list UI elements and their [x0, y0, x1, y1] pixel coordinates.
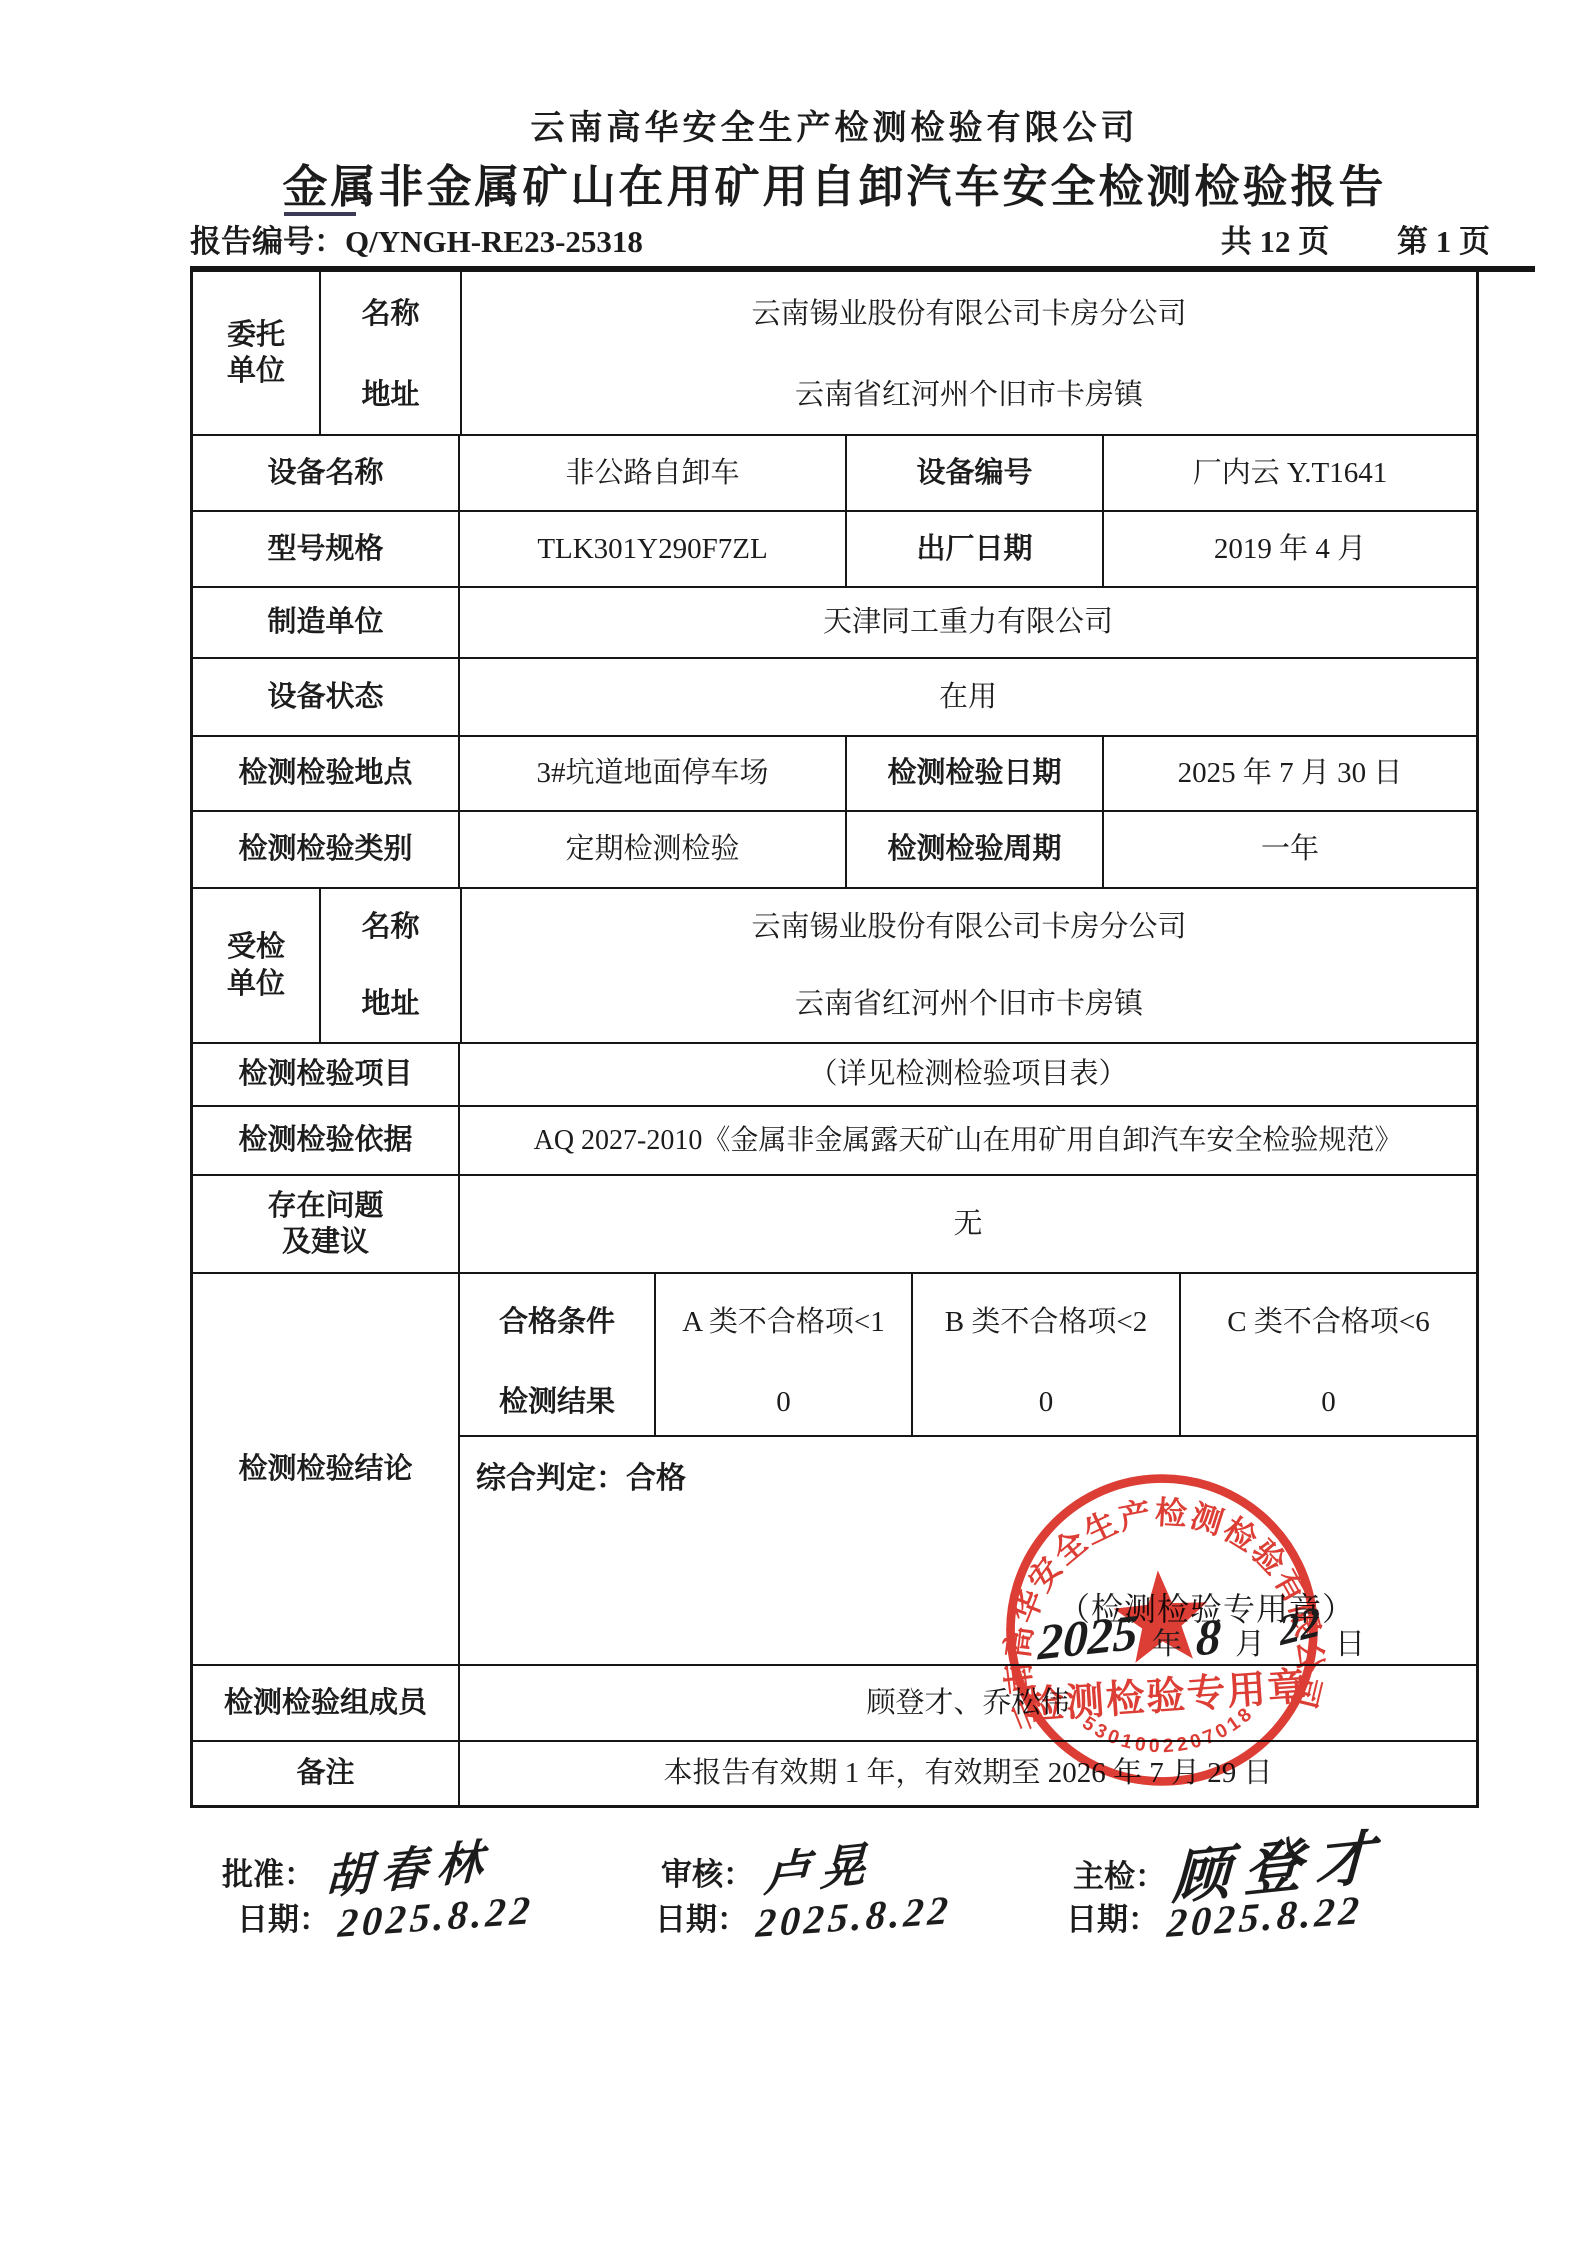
condition-b: B 类不合格项<2: [911, 1274, 1179, 1370]
inspected-addr-value: 云南省红河州个旧市卡房镇: [460, 966, 1476, 1042]
client-addr-row: 地址 云南省红河州个旧市卡房镇: [321, 356, 1476, 434]
device-name-value: 非公路自卸车: [458, 436, 845, 510]
problems-label: 存在问题及建议: [193, 1176, 458, 1272]
type-row: 检测检验类别 定期检测检验 检测检验周期 一年: [193, 810, 1476, 887]
condition-label: 合格条件: [460, 1274, 654, 1370]
items-value: （详见检测检验项目表）: [458, 1044, 1476, 1105]
inspected-name-value: 云南锡业股份有限公司卡房分公司: [460, 889, 1476, 966]
report-meta-row: 报告编号：Q/YNGH-RE23-25318 共 12 页 第 1 页: [190, 216, 1490, 261]
result-label: 检测结果: [460, 1370, 654, 1435]
chief-date-label: 日期：: [1066, 1902, 1159, 1937]
inspected-name-label: 名称: [321, 889, 460, 966]
condition-c: C 类不合格项<6: [1179, 1274, 1476, 1370]
page-current: 第 1 页: [1397, 224, 1490, 259]
device-name-label: 设备名称: [193, 436, 458, 510]
result-a: 0: [654, 1370, 911, 1435]
device-name-row: 设备名称 非公路自卸车 设备编号 厂内云 Y.T1641: [193, 434, 1476, 510]
basis-row: 检测检验依据 AQ 2027-2010《金属非金属露天矿山在用矿用自卸汽车安全检…: [193, 1105, 1476, 1174]
seal-date-year-unit: 年: [1152, 1619, 1182, 1663]
result-row: 检测结果 0 0 0: [460, 1370, 1476, 1435]
chief-label: 主检：: [1073, 1859, 1166, 1894]
report-number-label: 报告编号：: [190, 224, 345, 259]
report-title: 金属非金属矿山在用矿用自卸汽车安全检测检验报告: [150, 150, 1519, 215]
inspected-addr-label: 地址: [321, 966, 460, 1042]
approve-date-line: 日期：2025.8.22: [237, 1893, 534, 1940]
result-b: 0: [911, 1370, 1179, 1435]
team-label: 检测检验组成员: [193, 1666, 458, 1740]
place-row: 检测检验地点 3#坑道地面停车场 检测检验日期 2025 年 7 月 30 日: [193, 735, 1476, 810]
report-number-value: Q/YNGH-RE23-25318: [345, 224, 643, 259]
inspected-addr-row: 地址 云南省红河州个旧市卡房镇: [321, 966, 1476, 1042]
review-date-value: 2025.8.22: [755, 1886, 954, 1947]
review-date-line: 日期：2025.8.22: [655, 1893, 952, 1940]
problems-value: 无: [458, 1176, 1476, 1272]
cycle-label: 检测检验周期: [845, 812, 1102, 887]
condition-a: A 类不合格项<1: [654, 1274, 911, 1370]
cycle-value: 一年: [1102, 812, 1476, 887]
condition-row: 合格条件 A 类不合格项<1 B 类不合格项<2 C 类不合格项<6: [460, 1274, 1476, 1370]
chief-date-value: 2025.8.22: [1166, 1886, 1365, 1947]
report-number: 报告编号：Q/YNGH-RE23-25318: [190, 216, 643, 261]
approve-label: 批准：: [222, 1857, 315, 1892]
approve-date-value: 2025.8.22: [337, 1886, 536, 1947]
place-value: 3#坑道地面停车场: [458, 737, 845, 810]
review-label: 审核：: [661, 1857, 754, 1892]
model-value: TLK301Y290F7ZL: [458, 512, 845, 586]
inspected-group-row: 受检单位 名称 云南锡业股份有限公司卡房分公司 地址 云南省红河州个旧市卡房镇: [193, 887, 1476, 1042]
review-line: 审核：卢晃: [661, 1833, 876, 1899]
client-addr-label: 地址: [321, 356, 460, 434]
inspected-name-row: 名称 云南锡业股份有限公司卡房分公司: [321, 889, 1476, 966]
inspect-date-label: 检测检验日期: [845, 737, 1102, 810]
seal-date: 2025 年 8 月 22 日: [1038, 1608, 1379, 1666]
model-row: 型号规格 TLK301Y290F7ZL 出厂日期 2019 年 4 月: [193, 510, 1476, 586]
items-row: 检测检验项目 （详见检测检验项目表）: [193, 1042, 1476, 1105]
remark-label: 备注: [193, 1742, 458, 1805]
status-row: 设备状态 在用: [193, 657, 1476, 735]
client-group-label: 委托单位: [193, 272, 319, 434]
maker-row: 制造单位 天津同工重力有限公司: [193, 586, 1476, 657]
device-no-label: 设备编号: [845, 436, 1102, 510]
stamp-center-label: 检测检验专用章: [1024, 1664, 1310, 1728]
basis-value: AQ 2027-2010《金属非金属露天矿山在用矿用自卸汽车安全检验规范》: [458, 1107, 1476, 1174]
approve-line: 批准：胡春林: [222, 1833, 493, 1899]
made-date-label: 出厂日期: [845, 512, 1102, 586]
problems-row: 存在问题及建议 无: [193, 1174, 1476, 1272]
result-c: 0: [1179, 1370, 1476, 1435]
approve-date-label: 日期：: [237, 1902, 330, 1937]
maker-label: 制造单位: [193, 588, 458, 657]
page-count: 共 12 页 第 1 页: [1161, 216, 1490, 261]
seal-date-month-unit: 月: [1235, 1619, 1265, 1663]
type-value: 定期检测检验: [458, 812, 845, 887]
chief-date-line: 日期：2025.8.22: [1066, 1893, 1363, 1940]
basis-label: 检测检验依据: [193, 1107, 458, 1174]
seal-date-month: 8: [1195, 1606, 1222, 1667]
type-label: 检测检验类别: [193, 812, 458, 887]
review-date-label: 日期：: [655, 1902, 748, 1937]
status-value: 在用: [458, 659, 1476, 735]
device-no-value: 厂内云 Y.T1641: [1102, 436, 1476, 510]
status-label: 设备状态: [193, 659, 458, 735]
seal-date-day-unit: 日: [1335, 1619, 1365, 1663]
org-title: 云南高华安全生产检测检验有限公司: [190, 100, 1479, 149]
client-group-row: 委托单位 名称 云南锡业股份有限公司卡房分公司 地址 云南省红河州个旧市卡房镇: [193, 272, 1476, 434]
client-addr-value: 云南省红河州个旧市卡房镇: [460, 356, 1476, 434]
pages-total: 共 12 页: [1221, 224, 1330, 259]
inspected-group-label: 受检单位: [193, 889, 319, 1042]
items-label: 检测检验项目: [193, 1044, 458, 1105]
client-name-row: 名称 云南锡业股份有限公司卡房分公司: [321, 272, 1476, 356]
made-date-value: 2019 年 4 月: [1102, 512, 1476, 586]
client-name-value: 云南锡业股份有限公司卡房分公司: [460, 272, 1476, 356]
judgement-text: 综合判定：合格: [476, 1462, 686, 1495]
seal-date-year: 2025: [1037, 1603, 1138, 1672]
model-label: 型号规格: [193, 512, 458, 586]
inspect-date-value: 2025 年 7 月 30 日: [1102, 737, 1476, 810]
inspection-report-page: 云南高华安全生产检测检验有限公司 金属非金属矿山在用矿用自卸汽车安全检测检验报告…: [0, 0, 1587, 2244]
conclusion-label: 检测检验结论: [193, 1274, 458, 1664]
client-name-label: 名称: [321, 272, 460, 356]
place-label: 检测检验地点: [193, 737, 458, 810]
seal-date-day: 22: [1278, 1598, 1322, 1657]
maker-value: 天津同工重力有限公司: [458, 588, 1476, 657]
